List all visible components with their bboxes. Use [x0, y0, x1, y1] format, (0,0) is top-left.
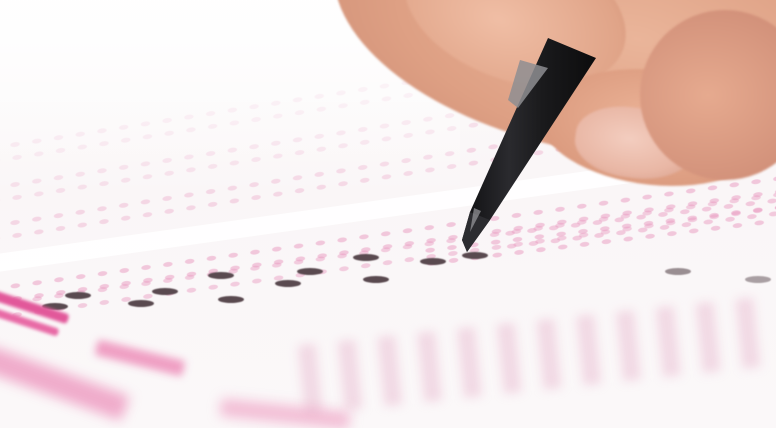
photo-scene	[0, 0, 776, 428]
pencil-icon	[0, 0, 776, 428]
